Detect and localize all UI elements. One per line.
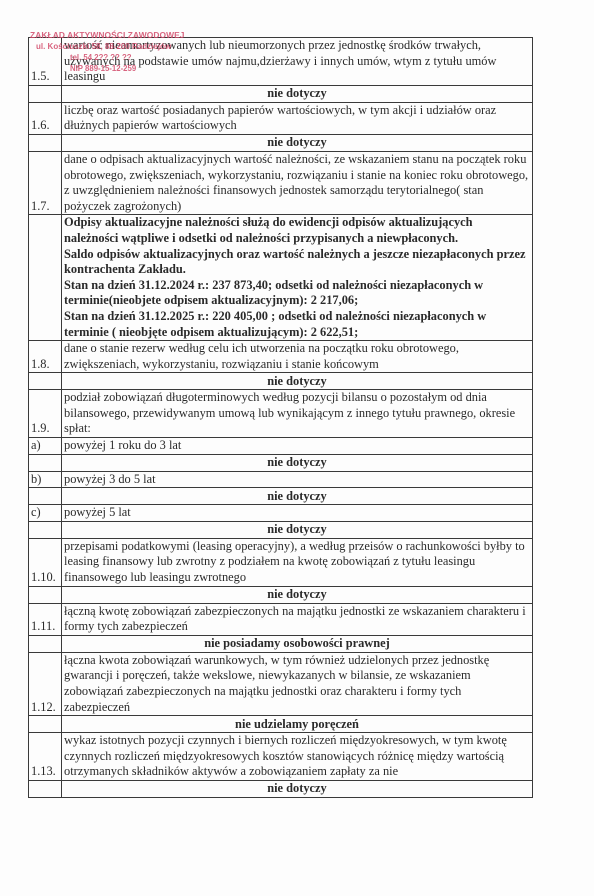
- item-row: 1.5.wartość nieamortyzowanych lub nieumo…: [29, 38, 533, 86]
- empty-number-cell: [29, 521, 62, 538]
- empty-number-cell: [29, 780, 62, 797]
- item-description: łączną kwotę zobowiązań zabezpieczonych …: [62, 603, 533, 635]
- answer-row: nie dotyczy: [29, 488, 533, 505]
- item-description: podział zobowiązań długoterminowych wedł…: [62, 390, 533, 438]
- document-page: ZAKŁAD AKTYWNOŚCI ZAWODOWEJ ul. Kościusz…: [0, 0, 594, 896]
- empty-number-cell: [29, 635, 62, 652]
- answer-cell: nie dotyczy: [62, 780, 533, 797]
- answer-cell: nie dotyczy: [62, 454, 533, 471]
- note-row: Odpisy aktualizacyjne należności służą d…: [29, 215, 533, 341]
- answer-cell: nie dotyczy: [62, 373, 533, 390]
- item-number: 1.11.: [29, 603, 62, 635]
- item-row: c)powyżej 5 lat: [29, 505, 533, 522]
- item-description: wartość nieamortyzowanych lub nieumorzon…: [62, 38, 533, 86]
- empty-number-cell: [29, 716, 62, 733]
- item-number: 1.9.: [29, 390, 62, 438]
- answer-row: nie dotyczy: [29, 454, 533, 471]
- item-row: 1.13.wykaz istotnych pozycji czynnych i …: [29, 733, 533, 781]
- answer-row: nie posiadamy osobowości prawnej: [29, 635, 533, 652]
- item-number: 1.10.: [29, 538, 62, 586]
- answer-cell: nie dotyczy: [62, 85, 533, 102]
- answer-row: nie dotyczy: [29, 373, 533, 390]
- empty-number-cell: [29, 586, 62, 603]
- answer-cell: nie posiadamy osobowości prawnej: [62, 635, 533, 652]
- answer-cell: nie dotyczy: [62, 488, 533, 505]
- note-paragraph: Stan na dzień 31.12.2025 r.: 220 405,00 …: [64, 309, 530, 340]
- note-paragraph: Stan na dzień 31.12.2024 r.: 237 873,40;…: [64, 278, 530, 309]
- item-description: wykaz istotnych pozycji czynnych i biern…: [62, 733, 533, 781]
- item-row: 1.12.łączna kwota zobowiązań warunkowych…: [29, 652, 533, 715]
- empty-number-cell: [29, 488, 62, 505]
- answer-cell: nie dotyczy: [62, 134, 533, 151]
- item-description: powyżej 1 roku do 3 lat: [62, 438, 533, 455]
- answer-row: nie udzielamy poręczeń: [29, 716, 533, 733]
- item-description: przepisami podatkowymi (leasing operacyj…: [62, 538, 533, 586]
- item-number: 1.6.: [29, 102, 62, 134]
- answer-row: nie dotyczy: [29, 134, 533, 151]
- item-row: 1.7.dane o odpisach aktualizacyjnych war…: [29, 151, 533, 214]
- item-row: 1.9.podział zobowiązań długoterminowych …: [29, 390, 533, 438]
- item-description: dane o odpisach aktualizacyjnych wartość…: [62, 151, 533, 214]
- item-number: 1.7.: [29, 151, 62, 214]
- item-row: a)powyżej 1 roku do 3 lat: [29, 438, 533, 455]
- item-row: 1.8.dane o stanie rezerw według celu ich…: [29, 341, 533, 373]
- empty-number-cell: [29, 85, 62, 102]
- answer-row: nie dotyczy: [29, 85, 533, 102]
- answer-cell: nie udzielamy poręczeń: [62, 716, 533, 733]
- note-cell: Odpisy aktualizacyjne należności służą d…: [62, 215, 533, 341]
- item-row: b)powyżej 3 do 5 lat: [29, 471, 533, 488]
- item-number: 1.13.: [29, 733, 62, 781]
- item-description: powyżej 3 do 5 lat: [62, 471, 533, 488]
- empty-number-cell: [29, 134, 62, 151]
- item-number: b): [29, 471, 62, 488]
- empty-number-cell: [29, 373, 62, 390]
- answer-row: nie dotyczy: [29, 780, 533, 797]
- notes-table: 1.5.wartość nieamortyzowanych lub nieumo…: [28, 37, 533, 798]
- empty-number-cell: [29, 454, 62, 471]
- answer-cell: nie dotyczy: [62, 586, 533, 603]
- item-number: c): [29, 505, 62, 522]
- item-description: powyżej 5 lat: [62, 505, 533, 522]
- item-number: 1.5.: [29, 38, 62, 86]
- empty-number-cell: [29, 215, 62, 341]
- item-row: 1.11.łączną kwotę zobowiązań zabezpieczo…: [29, 603, 533, 635]
- item-row: 1.6.liczbę oraz wartość posiadanych papi…: [29, 102, 533, 134]
- note-paragraph: Saldo odpisów aktualizacyjnych oraz wart…: [64, 247, 530, 278]
- answer-cell: nie dotyczy: [62, 521, 533, 538]
- item-number: 1.12.: [29, 652, 62, 715]
- item-number: a): [29, 438, 62, 455]
- item-description: łączna kwota zobowiązań warunkowych, w t…: [62, 652, 533, 715]
- item-description: dane o stanie rezerw według celu ich utw…: [62, 341, 533, 373]
- item-description: liczbę oraz wartość posiadanych papierów…: [62, 102, 533, 134]
- item-number: 1.8.: [29, 341, 62, 373]
- answer-row: nie dotyczy: [29, 586, 533, 603]
- answer-row: nie dotyczy: [29, 521, 533, 538]
- item-row: 1.10.przepisami podatkowymi (leasing ope…: [29, 538, 533, 586]
- note-paragraph: Odpisy aktualizacyjne należności służą d…: [64, 215, 530, 246]
